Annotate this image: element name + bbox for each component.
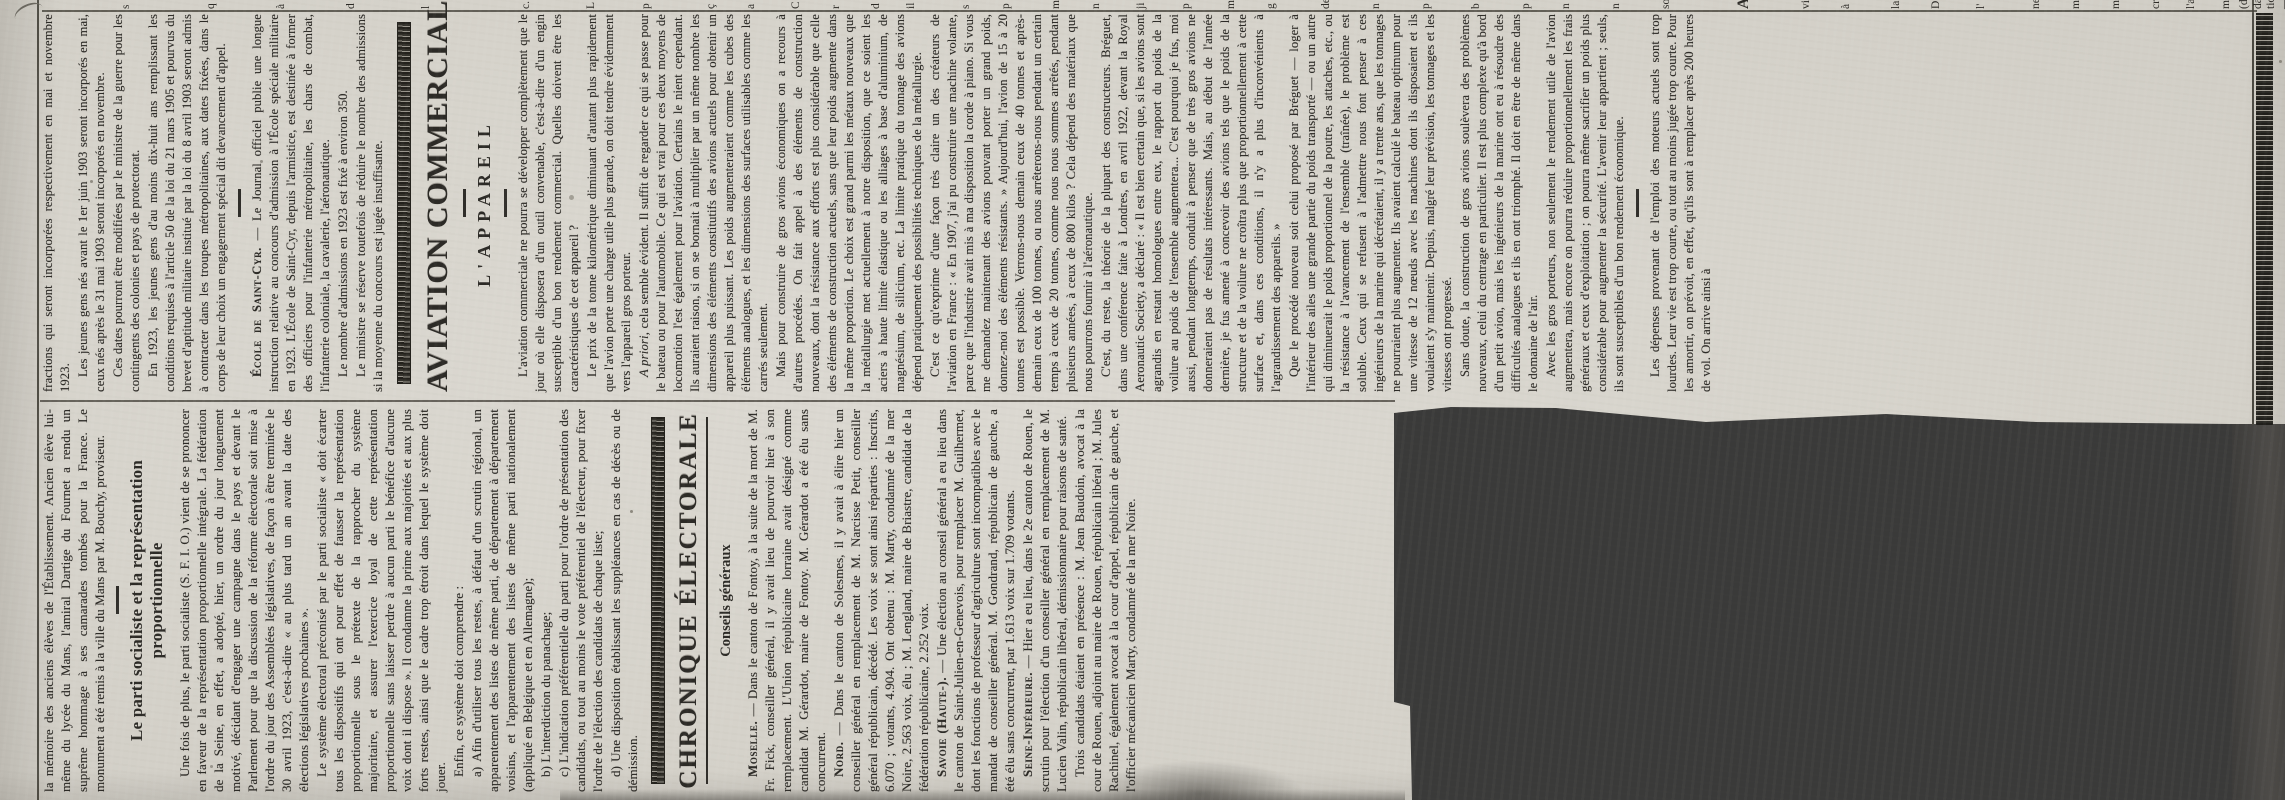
article-paragraph: Seine-Inférieure. — Hier a eu lieu, dans…	[1019, 409, 1070, 792]
article-paragraph: Avec les gros porteurs, non seulement le…	[1543, 14, 1628, 392]
paragraph-lead-in: Seine-Inférieure.	[1020, 672, 1035, 777]
article-paragraph: Mais pour construire de gros avions écon…	[773, 14, 926, 392]
clipped-text-fragment: ji	[1135, 3, 1147, 9]
article-paragraph: A priori, cela semble évident. Il suffit…	[636, 14, 772, 392]
clipped-text-fragment: s	[960, 5, 972, 9]
clipped-text-fragment: d	[870, 3, 882, 9]
paper-specks	[90, 180, 93, 183]
paragraph-lead-in: Nord.	[831, 741, 846, 777]
newspaper-scan-page: la mémoire des anciens élèves de l'Établ…	[0, 0, 2285, 800]
clipped-text-fragment: m	[1050, 0, 1062, 9]
clipped-text-fragment: p	[1420, 3, 1432, 9]
article-paragraph: Le nombre d'admissions en 1923 est fixé …	[335, 14, 352, 392]
right-column-rule	[42, 10, 2257, 12]
clipped-text-fragment: la	[1890, 1, 1902, 9]
ornamental-hatched-rule	[397, 22, 411, 384]
clipped-text-fragment: p	[1520, 3, 1532, 9]
headline-underline-rule	[706, 417, 708, 785]
article-paragraph: Ces dates pourront être modifiées par le…	[110, 14, 144, 392]
article-paragraph: Enfin, ce système doit comprendre :	[450, 409, 467, 792]
clipped-text-fragment: g	[1265, 3, 1277, 9]
page-top-rule	[37, 0, 39, 800]
article-paragraph: École de Saint-Cyr. — Le Journal officie…	[249, 14, 334, 392]
article-paragraph: d) Une disposition établissant les suppl…	[607, 409, 641, 792]
clipped-text-fragment: m	[1225, 0, 1237, 9]
paragraph-separator-rule	[463, 189, 466, 217]
clipped-text-fragment: n	[1610, 3, 1622, 9]
clipped-text-fragment: A	[1735, 0, 1753, 9]
clipped-text-fragment: n	[1560, 3, 1572, 9]
clipped-text-fragment: tic	[2265, 0, 2277, 9]
article-paragraph: C'est, du reste, la théorie de la plupar…	[1098, 14, 1285, 392]
clipped-text-fragment: cr	[2150, 0, 2162, 9]
article-paragraph: Savoie (Haute-). — Une élection au conse…	[933, 409, 1018, 792]
article-paragraph: b) L'interdiction du panachage;	[537, 409, 554, 792]
paragraph-lead-in: Savoie (Haute-).	[934, 677, 949, 777]
clipped-text-fragment: l'	[1975, 4, 1987, 9]
article-paragraph: fractions qui seront incorporées respect…	[40, 14, 74, 392]
clipped-text-fragment: so	[1660, 0, 1672, 9]
article-headline: Le parti socialiste et la représentation…	[127, 415, 167, 786]
page-fold-rule	[2252, 13, 2254, 425]
clipped-text-fragment: (d	[2238, 0, 2250, 9]
clipped-text-fragment: q	[205, 3, 217, 9]
section-headline-aviation: AVIATION COMMERCIALE	[421, 14, 455, 392]
paragraph-text: — Dans le canton de Solesmes, il y avait…	[831, 409, 931, 792]
clipped-text-fragment: s	[120, 5, 132, 9]
article-paragraph: Moselle. — Dans le canton de Fontoy, à l…	[744, 409, 829, 792]
paragraph-separator-rule	[116, 587, 119, 615]
article-paragraph: Les jeunes gens nés avant le 1er juin 19…	[75, 14, 109, 392]
article-paragraph: Que le procédé nouveau soit celui propos…	[1286, 14, 1456, 392]
page-fold-shadow	[2256, 13, 2273, 425]
article-subhead-conseils: Conseils généraux	[718, 409, 735, 792]
article-paragraph: Le système électoral préconisé par le pa…	[313, 409, 449, 792]
clipped-text-fragment: n	[1090, 3, 1102, 9]
newspaper-column-left: la mémoire des anciens élèves de l'Établ…	[40, 409, 1140, 792]
article-paragraph: Le ministre se réserve toutefois de rédu…	[353, 14, 387, 392]
article-paragraph: En 1923, les jeunes gens d'au moins dix-…	[145, 14, 230, 392]
clipped-text-fragment: m	[2220, 0, 2232, 9]
clipped-text-fragment: ç	[705, 4, 717, 9]
article-paragraph: C'est ce qu'exprime d'une façon très cla…	[927, 14, 1097, 392]
clipped-text-fragment: p	[640, 3, 652, 9]
clipped-text-fragment: D	[1930, 1, 1942, 9]
clipped-text-fragment: L	[585, 2, 597, 9]
article-paragraph: Une fois de plus, le parti socialiste (S…	[176, 409, 312, 792]
paragraph-lead-in: École de Saint-Cyr.	[250, 247, 264, 377]
paragraph-separator-rule	[1636, 189, 1639, 217]
clipped-text-fragment: p	[1000, 3, 1012, 9]
article-subhead-appareil: L'APPAREIL	[474, 14, 495, 392]
article-paragraph: Trois candidats étaient en présence : M.…	[1071, 409, 1139, 792]
clipped-text-fragment: r	[830, 5, 842, 9]
article-paragraph: Nord. — Dans le canton de Solesmes, il y…	[830, 409, 932, 792]
article-paragraph: L'aviation commerciale ne pourra se déve…	[515, 14, 583, 392]
article-paragraph: Le prix de la tonne kilométrique diminua…	[584, 14, 635, 392]
clipped-text-fragment: C	[790, 1, 802, 9]
clipped-text-fragment: m	[2110, 0, 2122, 9]
scan-shadow-strip	[2232, 424, 2285, 800]
paragraph-separator-rule	[504, 189, 507, 217]
clipped-text-fragment: vi	[1800, 0, 1812, 9]
clipped-text-fragment: a	[745, 4, 757, 9]
clipped-text-fragment: c.	[520, 1, 532, 9]
clipped-text-fragment: d	[345, 3, 357, 9]
article-paragraph: c) L'indication préférentielle du parti …	[555, 409, 606, 792]
clipped-text-fragment: —	[2278, 0, 2285, 9]
clipped-text-fragment: p	[1180, 3, 1192, 9]
article-paragraph: Sans doute, la construction de gros avio…	[1457, 14, 1542, 392]
scan-smudge	[1095, 760, 1305, 800]
clipped-text-fragment: l	[420, 6, 432, 9]
paragraph-lead-in: Moselle.	[745, 721, 760, 777]
clipped-text-fragment: de	[1320, 0, 1332, 9]
paragraph-lead-in: A priori,	[637, 332, 651, 377]
clipped-text-fragment: ne	[2030, 0, 2042, 9]
section-headline-chronique: CHRONIQUE ÉLECTORALE	[675, 409, 703, 792]
clipped-text-fragment: l'a	[2185, 0, 2197, 9]
newspaper-column-right: fractions qui seront incorporées respect…	[40, 14, 1716, 392]
paragraph-separator-rule	[238, 189, 241, 217]
scan-shadow-blob	[1394, 403, 2285, 800]
column-gutter-rule	[40, 400, 1395, 402]
clipped-text-fragment: à	[1840, 4, 1852, 9]
paragraph-text: cela semble évident. Il suffit de regard…	[637, 14, 770, 392]
article-paragraph: la mémoire des anciens élèves de l'Établ…	[40, 409, 108, 792]
ornamental-hatched-rule	[651, 417, 665, 784]
clipped-text-fragment: à	[275, 4, 287, 9]
clipped-text-fragment: b	[1470, 3, 1482, 9]
article-paragraph: Les dépenses provenant de l'emploi des m…	[1647, 14, 1715, 392]
clipped-text-fragment: il	[905, 3, 917, 9]
clipped-text-fragment: n	[1370, 3, 1382, 9]
article-paragraph: a) Afin d'utiliser tous les restes, à dé…	[468, 409, 536, 792]
clipped-text-fragment: m	[2070, 0, 2082, 9]
clipped-text-fragment: da	[2252, 0, 2264, 9]
